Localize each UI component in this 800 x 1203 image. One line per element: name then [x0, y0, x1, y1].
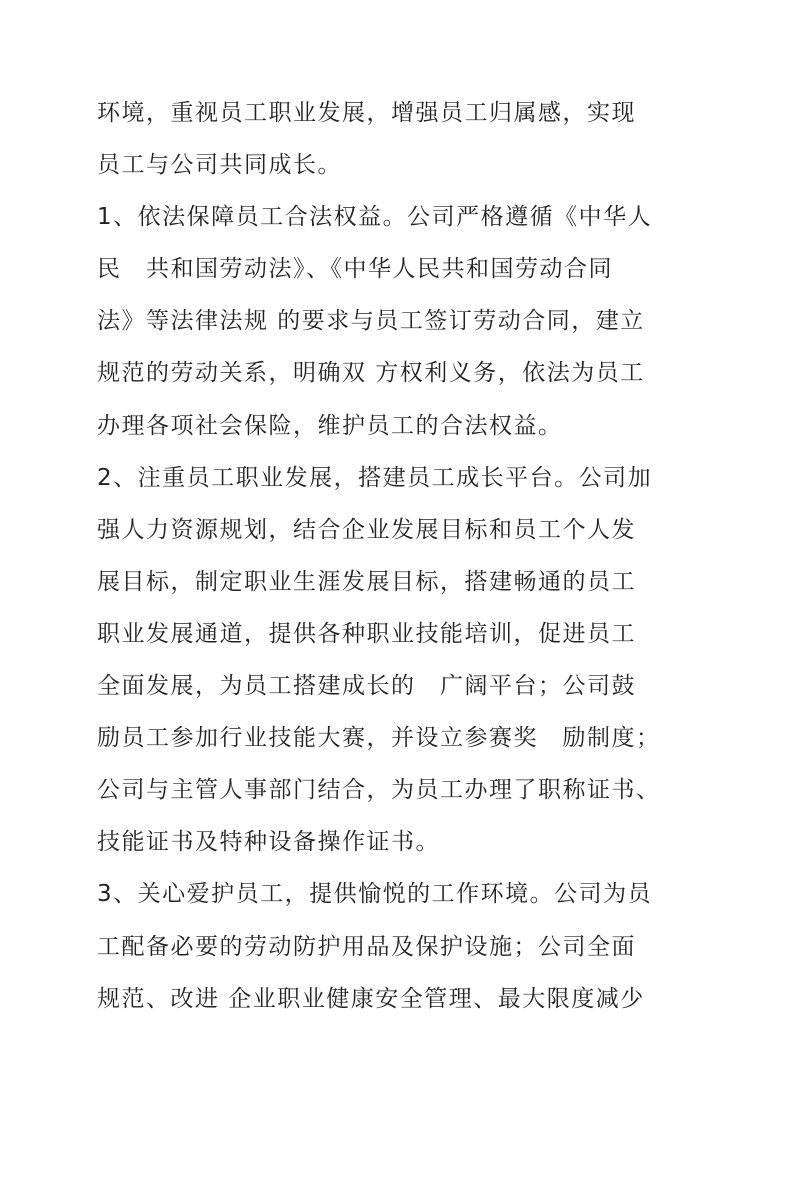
text-line: 1、依法保障员工合法权益。公司严格遵循《中华人 — [97, 191, 707, 243]
text-line: 3、关心爱护员工，提供愉悦的工作环境。公司为员 — [97, 868, 707, 920]
text-line: 法》等法律法规 的要求与员工签订劳动合同，建立 — [97, 295, 707, 347]
text-line: 环境，重视员工职业发展，增强员工归属感，实现 — [97, 87, 707, 139]
text-line: 全面发展，为员工搭建成长的 广阔平台；公司鼓 — [97, 660, 707, 712]
text-line: 强人力资源规划，结合企业发展目标和员工个人发 — [97, 504, 707, 556]
text-line: 办理各项社会保险，维护员工的合法权益。 — [97, 400, 707, 452]
text-line: 技能证书及特种设备操作证书。 — [97, 816, 707, 868]
text-line: 规范的劳动关系，明确双 方权利义务，依法为员工 — [97, 347, 707, 399]
text-line: 展目标，制定职业生涯发展目标，搭建畅通的员工 — [97, 556, 707, 608]
text-line: 公司与主管人事部门结合，为员工办理了职称证书、 — [97, 764, 707, 816]
text-line: 工配备必要的劳动防护用品及保护设施；公司全面 — [97, 921, 707, 973]
text-line: 规范、改进 企业职业健康安全管理、最大限度减少 — [97, 973, 707, 1025]
text-line: 2、注重员工职业发展，搭建员工成长平台。公司加 — [97, 452, 707, 504]
text-line: 民 共和国劳动法》、《中华人民共和国劳动合同 — [97, 243, 707, 295]
text-line: 励员工参加行业技能大赛，并设立参赛奖 励制度； — [97, 712, 707, 764]
document-page: 环境，重视员工职业发展，增强员工归属感，实现 员工与公司共同成长。 1、依法保障… — [0, 0, 800, 1203]
text-line: 员工与公司共同成长。 — [97, 139, 707, 191]
document-body: 环境，重视员工职业发展，增强员工归属感，实现 员工与公司共同成长。 1、依法保障… — [97, 87, 707, 1025]
text-line: 职业发展通道，提供各种职业技能培训，促进员工 — [97, 608, 707, 660]
